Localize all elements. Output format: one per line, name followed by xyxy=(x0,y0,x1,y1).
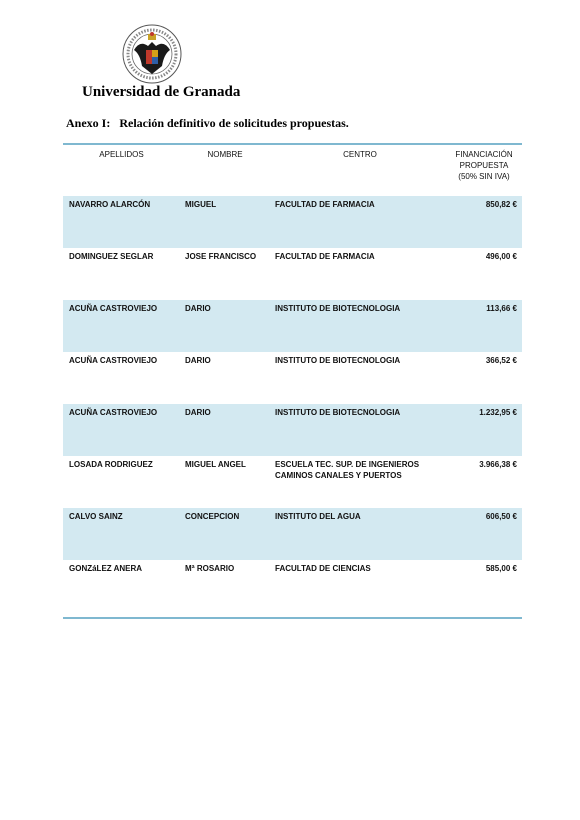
cell-financiacion: 366,52 € xyxy=(443,355,517,366)
table-row: CALVO SAINZ CONCEPCION INSTITUTO DEL AGU… xyxy=(63,508,522,560)
cell-apellidos: ACUÑA CASTROVIEJO xyxy=(69,355,179,366)
column-header-financiacion: FINANCIACIÓN PROPUESTA (50% SIN IVA) xyxy=(443,149,525,182)
cell-financiacion: 606,50 € xyxy=(443,511,517,522)
column-header-centro: CENTRO xyxy=(270,149,450,160)
cell-centro: FACULTAD DE FARMACIA xyxy=(275,199,445,210)
cell-financiacion: 496,00 € xyxy=(443,251,517,262)
cell-nombre: DARIO xyxy=(185,303,273,314)
cell-centro: FACULTAD DE FARMACIA xyxy=(275,251,445,262)
cell-apellidos: DOMINGUEZ SEGLAR xyxy=(69,251,179,262)
cell-financiacion: 585,00 € xyxy=(443,563,517,574)
cell-financiacion: 113,66 € xyxy=(443,303,517,314)
table-row: ACUÑA CASTROVIEJO DARIO INSTITUTO DE BIO… xyxy=(63,300,522,352)
cell-centro: INSTITUTO DEL AGUA xyxy=(275,511,445,522)
cell-nombre: DARIO xyxy=(185,355,273,366)
table-row: LOSADA RODRIGUEZ MIGUEL ANGEL ESCUELA TE… xyxy=(63,456,522,508)
cell-nombre: JOSE FRANCISCO xyxy=(185,251,273,262)
table-row: DOMINGUEZ SEGLAR JOSE FRANCISCO FACULTAD… xyxy=(63,248,522,300)
cell-apellidos: CALVO SAINZ xyxy=(69,511,179,522)
cell-centro: INSTITUTO DE BIOTECNOLOGIA xyxy=(275,407,445,418)
proposals-table: APELLIDOS NOMBRE CENTRO FINANCIACIÓN PRO… xyxy=(63,143,522,619)
cell-apellidos: LOSADA RODRIGUEZ xyxy=(69,459,179,470)
cell-financiacion: 850,82 € xyxy=(443,199,517,210)
cell-financiacion: 3.966,38 € xyxy=(443,459,517,470)
cell-apellidos: NAVARRO ALARCÓN xyxy=(69,199,179,210)
annex-title: Anexo I: Relación definitivo de solicitu… xyxy=(66,116,349,131)
table-row: ACUÑA CASTROVIEJO DARIO INSTITUTO DE BIO… xyxy=(63,352,522,404)
cell-apellidos: ACUÑA CASTROVIEJO xyxy=(69,407,179,418)
column-header-nombre: NOMBRE xyxy=(180,149,270,160)
cell-centro: ESCUELA TEC. SUP. DE INGENIEROS CAMINOS … xyxy=(275,459,445,481)
cell-centro: FACULTAD DE CIENCIAS xyxy=(275,563,445,574)
university-seal-icon xyxy=(122,24,182,84)
cell-centro: INSTITUTO DE BIOTECNOLOGIA xyxy=(275,355,445,366)
cell-centro: INSTITUTO DE BIOTECNOLOGIA xyxy=(275,303,445,314)
cell-nombre: MIGUEL ANGEL xyxy=(185,459,273,470)
cell-nombre: Mª ROSARIO xyxy=(185,563,273,574)
cell-nombre: DARIO xyxy=(185,407,273,418)
table-header: APELLIDOS NOMBRE CENTRO FINANCIACIÓN PRO… xyxy=(63,143,522,196)
cell-nombre: CONCEPCION xyxy=(185,511,273,522)
cell-apellidos: GONZáLEZ ANERA xyxy=(69,563,179,574)
table-row: ACUÑA CASTROVIEJO DARIO INSTITUTO DE BIO… xyxy=(63,404,522,456)
university-name: Universidad de Granada xyxy=(82,84,240,101)
column-header-apellidos: APELLIDOS xyxy=(63,149,180,160)
table-row: GONZáLEZ ANERA Mª ROSARIO FACULTAD DE CI… xyxy=(63,560,522,619)
cell-financiacion: 1.232,95 € xyxy=(443,407,517,418)
table-row: NAVARRO ALARCÓN MIGUEL FACULTAD DE FARMA… xyxy=(63,196,522,248)
cell-nombre: MIGUEL xyxy=(185,199,273,210)
cell-apellidos: ACUÑA CASTROVIEJO xyxy=(69,303,179,314)
